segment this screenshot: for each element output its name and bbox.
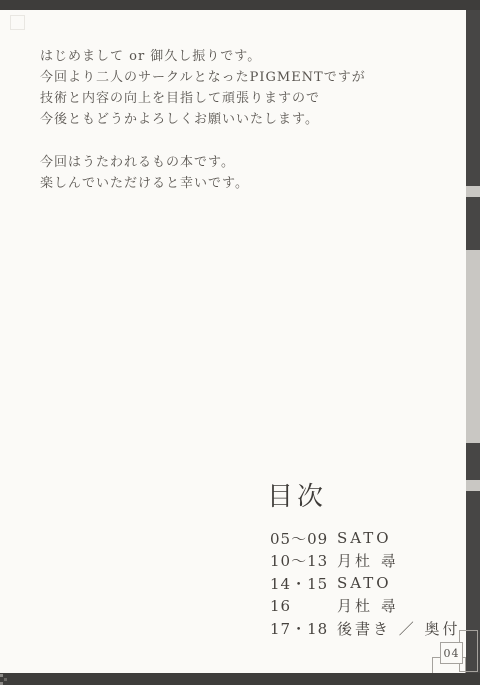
foreword-line: 技術と内容の向上を目指して頑張りますので: [40, 88, 366, 109]
toc-author-name: SATO: [337, 574, 392, 592]
toc-row: 17・18 後書き ／ 奥付: [270, 617, 461, 640]
toc-page-range: 05〜09: [270, 528, 337, 549]
foreword-text: はじめまして or 御久し振りです。 今回より二人のサークルとなったPIGMEN…: [40, 46, 366, 194]
edge-segment: [466, 250, 480, 443]
foreword-line: 今後ともどうかよろしくお願いいたします。: [40, 109, 366, 130]
toc-author-name: 月杜 尋: [337, 550, 399, 571]
foreword-paragraph-1: はじめまして or 御久し振りです。 今回より二人のサークルとなったPIGMEN…: [40, 46, 366, 130]
edge-segment: [466, 0, 480, 186]
toc-page-range: 16: [270, 597, 337, 615]
edge-segment: [466, 186, 480, 197]
scan-edge-right-strip: [466, 0, 480, 685]
toc-author-name: SATO: [337, 529, 392, 547]
toc-page-range: 10〜13: [270, 550, 337, 571]
toc-author-name: 月杜 尋: [337, 595, 399, 616]
foreword-line: 今回はうたわれるもの本です。: [40, 152, 366, 173]
page-number: 04: [444, 647, 460, 660]
toc-page-range: 17・18: [270, 618, 337, 639]
edge-segment: [466, 197, 480, 250]
foreword-line: 楽しんでいただけると幸いです。: [40, 173, 366, 194]
corner-square-mark: [10, 15, 25, 30]
toc-row: 05〜09 SATO: [270, 527, 461, 550]
foreword-paragraph-2: 今回はうたわれるもの本です。 楽しんでいただけると幸いです。: [40, 152, 366, 194]
toc-row: 16 月杜 尋: [270, 595, 461, 618]
registration-checker-mark: [0, 674, 7, 685]
page-number-box: 04: [440, 642, 463, 664]
toc-heading: 目次: [267, 476, 327, 513]
edge-segment: [466, 480, 480, 491]
toc-author-name: 後書き ／ 奥付: [337, 618, 461, 639]
scanned-doujinshi-page: はじめまして or 御久し振りです。 今回より二人のサークルとなったPIGMEN…: [0, 0, 480, 685]
toc-page-range: 14・15: [270, 573, 337, 594]
edge-segment: [466, 443, 480, 480]
scan-edge-bottom-bar: [0, 673, 480, 685]
foreword-line: 今回より二人のサークルとなったPIGMENTですが: [40, 67, 366, 88]
toc-row: 10〜13 月杜 尋: [270, 550, 461, 573]
toc-row: 14・15 SATO: [270, 572, 461, 595]
foreword-line: はじめまして or 御久し振りです。: [40, 46, 366, 67]
scan-edge-top-bar: [0, 0, 480, 10]
toc-list: 05〜09 SATO 10〜13 月杜 尋 14・15 SATO 16 月杜 尋…: [270, 527, 461, 640]
